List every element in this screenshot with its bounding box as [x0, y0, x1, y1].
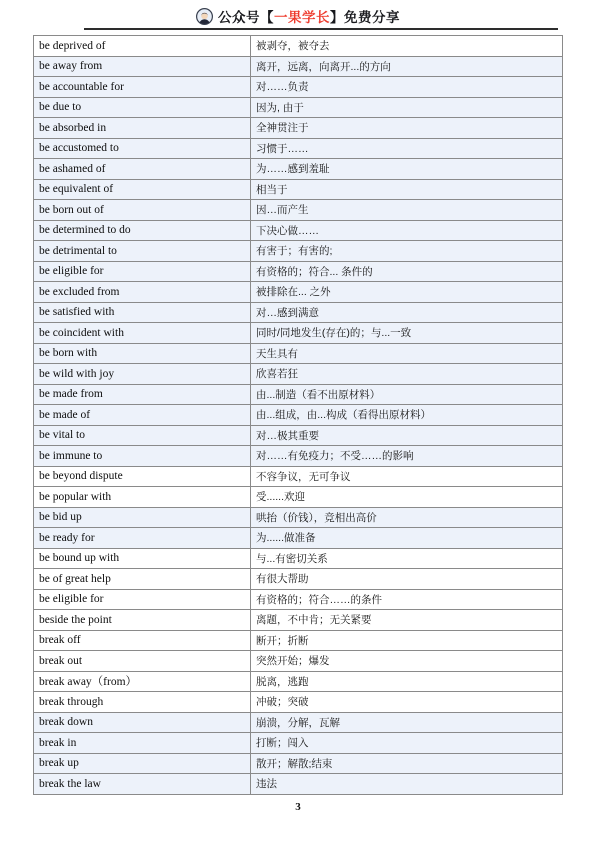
english-phrase-cell: be vital to — [34, 425, 251, 446]
chinese-meaning-cell: 对……有免疫力；不受……的影响 — [251, 446, 563, 467]
english-phrase-cell: be detrimental to — [34, 241, 251, 262]
chinese-meaning-cell: 有资格的；符合……的条件 — [251, 589, 563, 610]
brand-name: 一果学长 — [274, 10, 330, 25]
table-row: be accountable for对……负责 — [34, 77, 563, 98]
table-row: be made of由...组成，由...构成（看得出原材料） — [34, 405, 563, 426]
title-suffix: 】免费分享 — [330, 10, 400, 25]
chinese-meaning-cell: 不容争议，无可争议 — [251, 466, 563, 487]
chinese-meaning-cell: 被排除在... 之外 — [251, 282, 563, 303]
chinese-meaning-cell: 因为, 由于 — [251, 97, 563, 118]
chinese-meaning-cell: 打断；闯入 — [251, 733, 563, 754]
table-row: be accustomed to习惯于…… — [34, 138, 563, 159]
english-phrase-cell: be deprived of — [34, 36, 251, 57]
english-phrase-cell: be accountable for — [34, 77, 251, 98]
english-phrase-cell: be beyond dispute — [34, 466, 251, 487]
page-number: 3 — [0, 801, 596, 813]
chinese-meaning-cell: 对…极其重要 — [251, 425, 563, 446]
english-phrase-cell: be due to — [34, 97, 251, 118]
english-phrase-cell: be born with — [34, 343, 251, 364]
table-row: be eligible for有资格的；符合……的条件 — [34, 589, 563, 610]
boy-avatar-icon — [196, 8, 213, 25]
chinese-meaning-cell: 对……负责 — [251, 77, 563, 98]
table-row: break down崩溃，分解，瓦解 — [34, 712, 563, 733]
table-row: be deprived of被剥夺，被夺去 — [34, 36, 563, 57]
chinese-meaning-cell: 离题，不中肯；无关紧要 — [251, 610, 563, 631]
table-row: be excluded from被排除在... 之外 — [34, 282, 563, 303]
english-phrase-cell: be away from — [34, 56, 251, 77]
english-phrase-cell: break up — [34, 753, 251, 774]
table-row: be immune to对……有免疫力；不受……的影响 — [34, 446, 563, 467]
phrase-table: be deprived of被剥夺，被夺去be away from离开，远离，向… — [33, 35, 563, 795]
chinese-meaning-cell: 因…而产生 — [251, 200, 563, 221]
english-phrase-cell: be popular with — [34, 487, 251, 508]
header-divider-line — [84, 28, 558, 30]
chinese-meaning-cell: 习惯于…… — [251, 138, 563, 159]
english-phrase-cell: be bid up — [34, 507, 251, 528]
chinese-meaning-cell: 为......做准备 — [251, 528, 563, 549]
table-row: be of great help有很大帮助 — [34, 569, 563, 590]
table-row: break the law违法 — [34, 774, 563, 795]
english-phrase-cell: break in — [34, 733, 251, 754]
english-phrase-cell: be eligible for — [34, 261, 251, 282]
table-row: be away from离开，远离，向离开...的方向 — [34, 56, 563, 77]
english-phrase-cell: beside the point — [34, 610, 251, 631]
english-phrase-cell: be satisfied with — [34, 302, 251, 323]
chinese-meaning-cell: 相当于 — [251, 179, 563, 200]
chinese-meaning-cell: 断开；折断 — [251, 630, 563, 651]
chinese-meaning-cell: 散开；解散;结束 — [251, 753, 563, 774]
table-row: be detrimental to有害于；有害的; — [34, 241, 563, 262]
table-row: be ashamed of为……感到羞耻 — [34, 159, 563, 180]
table-row: be bid up哄抬（价钱），竞相出高价 — [34, 507, 563, 528]
english-phrase-cell: be coincident with — [34, 323, 251, 344]
table-row: be eligible for有资格的；符合... 条件的 — [34, 261, 563, 282]
table-row: be absorbed in全神贯注于 — [34, 118, 563, 139]
english-phrase-cell: be wild with joy — [34, 364, 251, 385]
table-row: be popular with受......欢迎 — [34, 487, 563, 508]
chinese-meaning-cell: 对…感到满意 — [251, 302, 563, 323]
table-row: be vital to对…极其重要 — [34, 425, 563, 446]
document-page: 公众号【一果学长】免费分享 be deprived of被剥夺，被夺去be aw… — [0, 0, 596, 842]
table-row: break up散开；解散;结束 — [34, 753, 563, 774]
english-phrase-cell: break through — [34, 692, 251, 713]
english-phrase-cell: be accustomed to — [34, 138, 251, 159]
chinese-meaning-cell: 欣喜若狂 — [251, 364, 563, 385]
table-row: be equivalent of相当于 — [34, 179, 563, 200]
chinese-meaning-cell: 被剥夺，被夺去 — [251, 36, 563, 57]
english-phrase-cell: break out — [34, 651, 251, 672]
page-title: 公众号【一果学长】免费分享 — [218, 6, 400, 26]
table-row: be beyond dispute不容争议，无可争议 — [34, 466, 563, 487]
chinese-meaning-cell: 脱离，逃跑 — [251, 671, 563, 692]
chinese-meaning-cell: 有资格的；符合... 条件的 — [251, 261, 563, 282]
chinese-meaning-cell: 下决心做…… — [251, 220, 563, 241]
chinese-meaning-cell: 与...有密切关系 — [251, 548, 563, 569]
table-row: break off断开；折断 — [34, 630, 563, 651]
english-phrase-cell: be bound up with — [34, 548, 251, 569]
table-row: be coincident with同时/同地发生(存在)的；与...一致 — [34, 323, 563, 344]
english-phrase-cell: be born out of — [34, 200, 251, 221]
chinese-meaning-cell: 受......欢迎 — [251, 487, 563, 508]
title-prefix: 公众号【 — [218, 10, 274, 25]
english-phrase-cell: be ready for — [34, 528, 251, 549]
table-row: be satisfied with对…感到满意 — [34, 302, 563, 323]
chinese-meaning-cell: 有很大帮助 — [251, 569, 563, 590]
chinese-meaning-cell: 为……感到羞耻 — [251, 159, 563, 180]
table-row: be determined to do下决心做…… — [34, 220, 563, 241]
table-row: be due to因为, 由于 — [34, 97, 563, 118]
table-row: break through冲破；突破 — [34, 692, 563, 713]
chinese-meaning-cell: 崩溃，分解，瓦解 — [251, 712, 563, 733]
english-phrase-cell: break away（from） — [34, 671, 251, 692]
table-row: break away（from）脱离，逃跑 — [34, 671, 563, 692]
chinese-meaning-cell: 离开，远离，向离开...的方向 — [251, 56, 563, 77]
chinese-meaning-cell: 同时/同地发生(存在)的；与...一致 — [251, 323, 563, 344]
table-row: break in打断；闯入 — [34, 733, 563, 754]
english-phrase-cell: be made from — [34, 384, 251, 405]
chinese-meaning-cell: 有害于；有害的; — [251, 241, 563, 262]
table-row: be ready for为......做准备 — [34, 528, 563, 549]
english-phrase-cell: be ashamed of — [34, 159, 251, 180]
table-row: be born with天生具有 — [34, 343, 563, 364]
chinese-meaning-cell: 突然开始；爆发 — [251, 651, 563, 672]
table-row: break out突然开始；爆发 — [34, 651, 563, 672]
english-phrase-cell: be absorbed in — [34, 118, 251, 139]
english-phrase-cell: be determined to do — [34, 220, 251, 241]
page-header: 公众号【一果学长】免费分享 — [0, 4, 596, 28]
chinese-meaning-cell: 由...制造（看不出原材料） — [251, 384, 563, 405]
english-phrase-cell: be made of — [34, 405, 251, 426]
table-row: be bound up with与...有密切关系 — [34, 548, 563, 569]
table-row: be made from由...制造（看不出原材料） — [34, 384, 563, 405]
english-phrase-cell: break off — [34, 630, 251, 651]
chinese-meaning-cell: 违法 — [251, 774, 563, 795]
table-row: be born out of因…而产生 — [34, 200, 563, 221]
english-phrase-cell: be immune to — [34, 446, 251, 467]
chinese-meaning-cell: 冲破；突破 — [251, 692, 563, 713]
english-phrase-cell: be equivalent of — [34, 179, 251, 200]
phrase-table-body: be deprived of被剥夺，被夺去be away from离开，远离，向… — [34, 36, 563, 795]
english-phrase-cell: be of great help — [34, 569, 251, 590]
table-row: beside the point离题，不中肯；无关紧要 — [34, 610, 563, 631]
table-row: be wild with joy欣喜若狂 — [34, 364, 563, 385]
chinese-meaning-cell: 全神贯注于 — [251, 118, 563, 139]
chinese-meaning-cell: 哄抬（价钱），竞相出高价 — [251, 507, 563, 528]
chinese-meaning-cell: 天生具有 — [251, 343, 563, 364]
chinese-meaning-cell: 由...组成，由...构成（看得出原材料） — [251, 405, 563, 426]
english-phrase-cell: be excluded from — [34, 282, 251, 303]
english-phrase-cell: break the law — [34, 774, 251, 795]
english-phrase-cell: break down — [34, 712, 251, 733]
english-phrase-cell: be eligible for — [34, 589, 251, 610]
